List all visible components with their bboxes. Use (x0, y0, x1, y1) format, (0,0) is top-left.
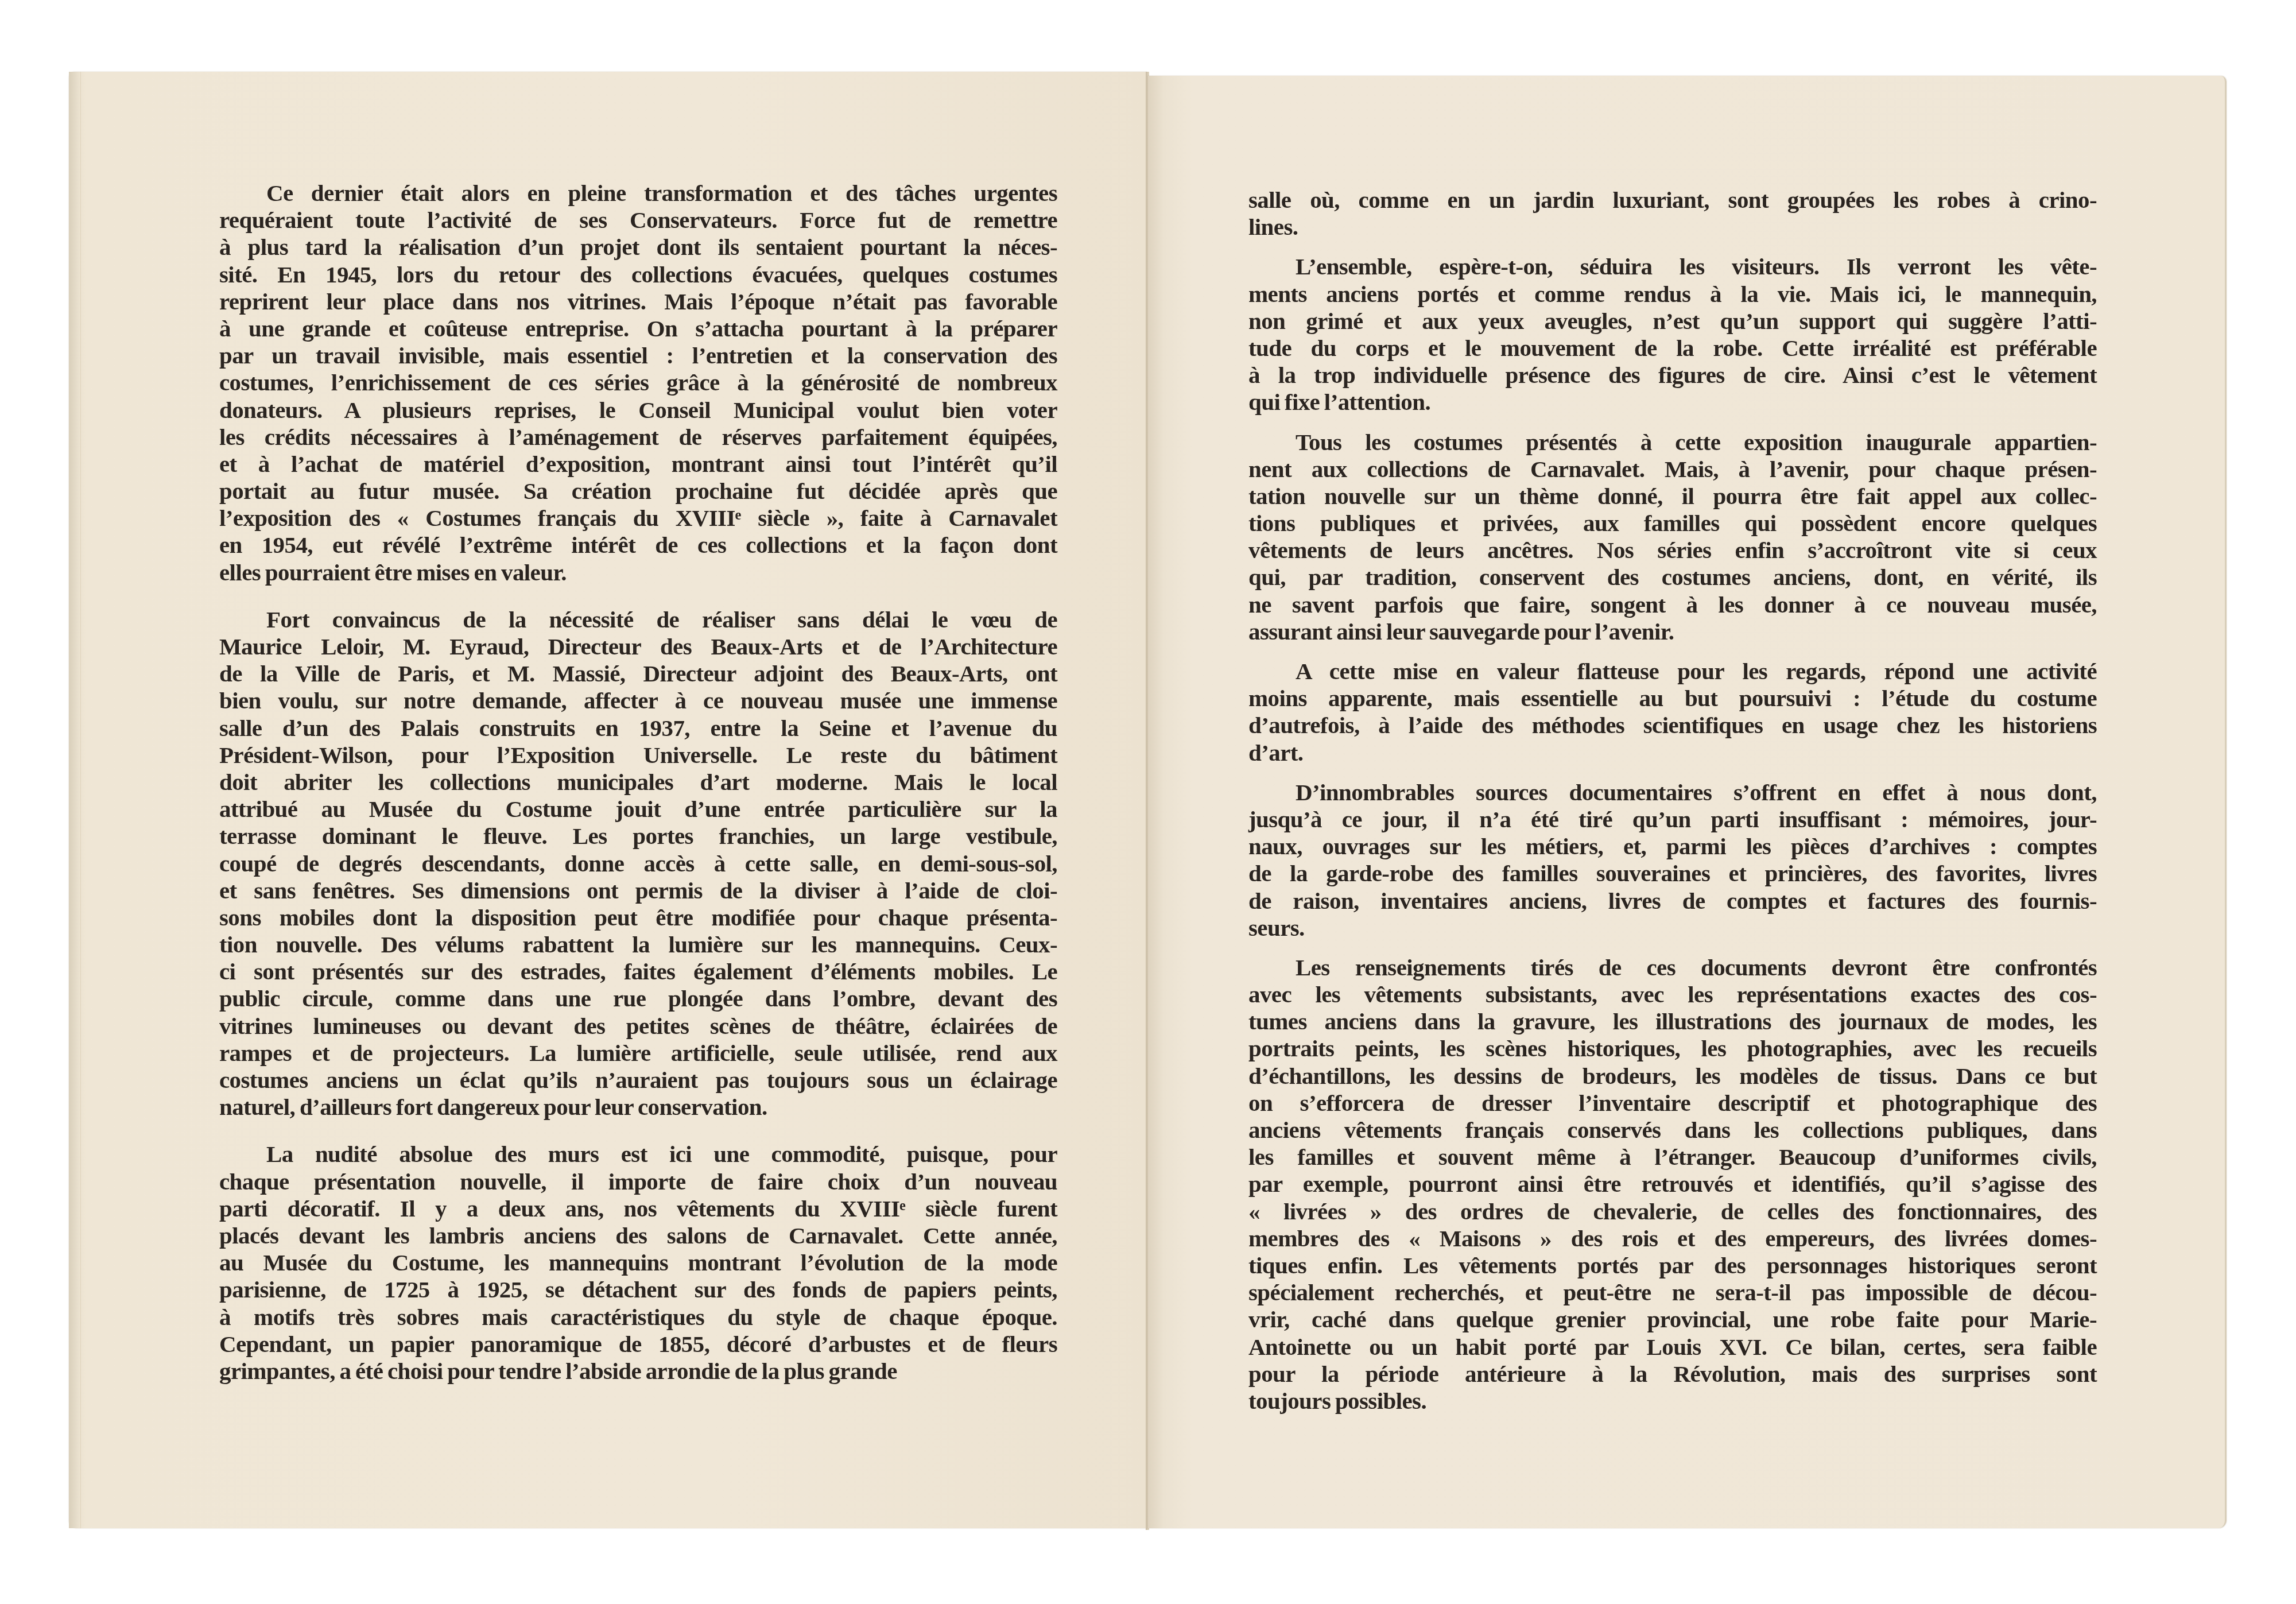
paragraph: salle où, comme en un jardin luxuriant, … (1248, 187, 2097, 241)
text-line: chaque présentation nouvelle, il importe… (219, 1168, 1057, 1195)
text-line: et sans fenêtres. Ses dimensions ont per… (219, 877, 1057, 904)
text-line: tation nouvelle sur un thème donné, il p… (1248, 483, 2097, 510)
text-line: sité. En 1945, lors du retour des collec… (219, 261, 1057, 288)
text-line: A cette mise en valeur flatteuse pour le… (1248, 658, 2097, 685)
text-line: Président-Wilson, pour l’Exposition Univ… (219, 742, 1057, 769)
text-line: à motifs très sobres mais caractéristiqu… (219, 1304, 1057, 1331)
text-line: grimpantes, a été choisi pour tendre l’a… (219, 1358, 1057, 1385)
paragraph: Tous les costumes présentés à cette expo… (1248, 429, 2097, 646)
text-line: costumes, l’enrichissement de ces séries… (219, 369, 1057, 396)
text-line: « livrées » des ordres de chevalerie, de… (1248, 1198, 2097, 1225)
text-line: Fort convaincus de la nécessité de réali… (219, 606, 1057, 633)
text-line: à plus tard la réalisation d’un projet d… (219, 234, 1057, 261)
left-page: Ce dernier était alors en pleine transfo… (69, 72, 1147, 1528)
text-line: non grimé et aux yeux aveugles, n’est qu… (1248, 308, 2097, 335)
text-line: on s’efforcera de dresser l’inventaire d… (1248, 1090, 2097, 1117)
text-line: salle d’un des Palais construits en 1937… (219, 715, 1057, 742)
text-line: placés devant les lambris anciens des sa… (219, 1222, 1057, 1249)
text-line: elles pourraient être mises en valeur. (219, 559, 1057, 586)
text-line: l’exposition des « Costumes français du … (219, 505, 1057, 532)
text-line: nent aux collections de Carnavalet. Mais… (1248, 456, 2097, 483)
book-spread: Ce dernier était alors en pleine transfo… (0, 0, 2296, 1604)
text-line: Cependant, un papier panoramique de 1855… (219, 1331, 1057, 1358)
text-line: portraits peints, les scènes historiques… (1248, 1035, 2097, 1062)
paragraph: D’innombrables sources documentaires s’o… (1248, 779, 2097, 942)
paragraph: Les renseignements tirés de ces document… (1248, 954, 2097, 1415)
text-line: spécialement recherchés, et peut-être ne… (1248, 1279, 2097, 1306)
text-line: de raison, inventaires anciens, livres d… (1248, 888, 2097, 915)
paragraph: A cette mise en valeur flatteuse pour le… (1248, 658, 2097, 766)
text-line: parti décoratif. Il y a deux ans, nos vê… (219, 1195, 1057, 1222)
text-line: requéraient toute l’activité de ses Cons… (219, 207, 1057, 234)
text-line: portait au futur musée. Sa création proc… (219, 478, 1057, 505)
text-line: La nudité absolue des murs est ici une c… (219, 1141, 1057, 1168)
text-line: Antoinette ou un habit porté par Louis X… (1248, 1334, 2097, 1361)
text-line: en 1954, eut révélé l’extrême intérêt de… (219, 532, 1057, 559)
text-line: les familles et souvent même à l’étrange… (1248, 1144, 2097, 1171)
text-line: d’art. (1248, 739, 2097, 766)
text-line: au Musée du Costume, les mannequins mont… (219, 1249, 1057, 1276)
text-line: membres des « Maisons » des rois et des … (1248, 1225, 2097, 1252)
text-line: public circule, comme dans une rue plong… (219, 985, 1057, 1012)
text-line: les crédits nécessaires à l’aménagement … (219, 424, 1057, 451)
text-line: pour la période antérieure à la Révoluti… (1248, 1361, 2097, 1388)
text-line: rampes et de projecteurs. La lumière art… (219, 1040, 1057, 1067)
text-line: avec les vêtements subsistants, avec les… (1248, 981, 2097, 1008)
text-line: tions publiques et privées, aux familles… (1248, 510, 2097, 537)
text-line: ci sont présentés sur des estrades, fait… (219, 958, 1057, 985)
text-line: qui fixe l’attention. (1248, 389, 2097, 416)
text-line: bien voulu, sur notre demande, affecter … (219, 687, 1057, 714)
text-line: lines. (1248, 214, 2097, 241)
text-line: salle où, comme en un jardin luxuriant, … (1248, 187, 2097, 214)
text-line: assurant ainsi leur sauvegarde pour l’av… (1248, 618, 2097, 645)
text-line: vitrines lumineuses ou devant des petite… (219, 1013, 1057, 1040)
text-line: qui, par tradition, conservent des costu… (1248, 564, 2097, 591)
text-line: coupé de degrés descendants, donne accès… (219, 850, 1057, 877)
text-line: doit abriter les collections municipales… (219, 769, 1057, 796)
text-line: et à l’achat de matériel d’exposition, m… (219, 451, 1057, 478)
right-page-text: salle où, comme en un jardin luxuriant, … (1248, 187, 2097, 1415)
text-line: de la Ville de Paris, et M. Massié, Dire… (219, 660, 1057, 687)
text-line: tumes anciens dans la gravure, les illus… (1248, 1008, 2097, 1035)
left-page-text: Ce dernier était alors en pleine transfo… (219, 180, 1057, 1385)
text-line: à la trop individuelle présence des figu… (1248, 362, 2097, 389)
paragraph: La nudité absolue des murs est ici une c… (219, 1141, 1057, 1385)
text-line: jusqu’à ce jour, il n’a été tiré qu’un p… (1248, 806, 2097, 833)
text-line: d’échantillons, les dessins de brodeurs,… (1248, 1063, 2097, 1090)
text-line: par un travail invisible, mais essentiel… (219, 342, 1057, 369)
text-line: Les renseignements tirés de ces document… (1248, 954, 2097, 981)
text-line: parisienne, de 1725 à 1925, se détachent… (219, 1276, 1057, 1303)
text-line: naux, ouvrages sur les métiers, et, parm… (1248, 833, 2097, 860)
text-line: par exemple, pourront ainsi être retrouv… (1248, 1171, 2097, 1198)
text-line: de la garde-robe des familles souveraine… (1248, 860, 2097, 887)
text-line: ments anciens portés et comme rendus à l… (1248, 281, 2097, 308)
text-line: vrir, caché dans quelque grenier provinc… (1248, 1306, 2097, 1333)
paragraph: Fort convaincus de la nécessité de réali… (219, 606, 1057, 1121)
text-line: d’autrefois, à l’aide des méthodes scien… (1248, 712, 2097, 739)
text-line: vêtements de leurs ancêtres. Nos séries … (1248, 537, 2097, 564)
text-line: à une grande et coûteuse entreprise. On … (219, 315, 1057, 342)
text-line: Maurice Leloir, M. Eyraud, Directeur des… (219, 633, 1057, 660)
text-line: seurs. (1248, 915, 2097, 942)
text-line: attribué au Musée du Costume jouit d’une… (219, 796, 1057, 823)
text-line: tion nouvelle. Des vélums rabattent la l… (219, 931, 1057, 958)
text-line: toujours possibles. (1248, 1388, 2097, 1415)
text-line: L’ensemble, espère-t-on, séduira les vis… (1248, 253, 2097, 280)
text-line: Tous les costumes présentés à cette expo… (1248, 429, 2097, 456)
text-line: anciens vêtements français conservés dan… (1248, 1117, 2097, 1144)
text-line: donateurs. A plusieurs reprises, le Cons… (219, 397, 1057, 424)
text-line: tude du corps et le mouvement de la robe… (1248, 335, 2097, 362)
text-line: terrasse dominant le fleuve. Les portes … (219, 823, 1057, 850)
text-line: D’innombrables sources documentaires s’o… (1248, 779, 2097, 806)
text-line: tiques enfin. Les vêtements portés par d… (1248, 1252, 2097, 1279)
text-line: naturel, d’ailleurs fort dangereux pour … (219, 1094, 1057, 1121)
paragraph: L’ensemble, espère-t-on, séduira les vis… (1248, 253, 2097, 416)
text-line: reprirent leur place dans nos vitrines. … (219, 288, 1057, 315)
right-page: salle où, comme en un jardin luxuriant, … (1148, 76, 2227, 1528)
text-line: moins apparente, mais essentielle au but… (1248, 685, 2097, 712)
text-line: sons mobiles dont la disposition peut êt… (219, 904, 1057, 931)
paragraph: Ce dernier était alors en pleine transfo… (219, 180, 1057, 586)
text-line: Ce dernier était alors en pleine transfo… (219, 180, 1057, 207)
text-line: costumes anciens un éclat qu’ils n’aurai… (219, 1067, 1057, 1094)
text-line: ne savent parfois que faire, songent à l… (1248, 591, 2097, 618)
